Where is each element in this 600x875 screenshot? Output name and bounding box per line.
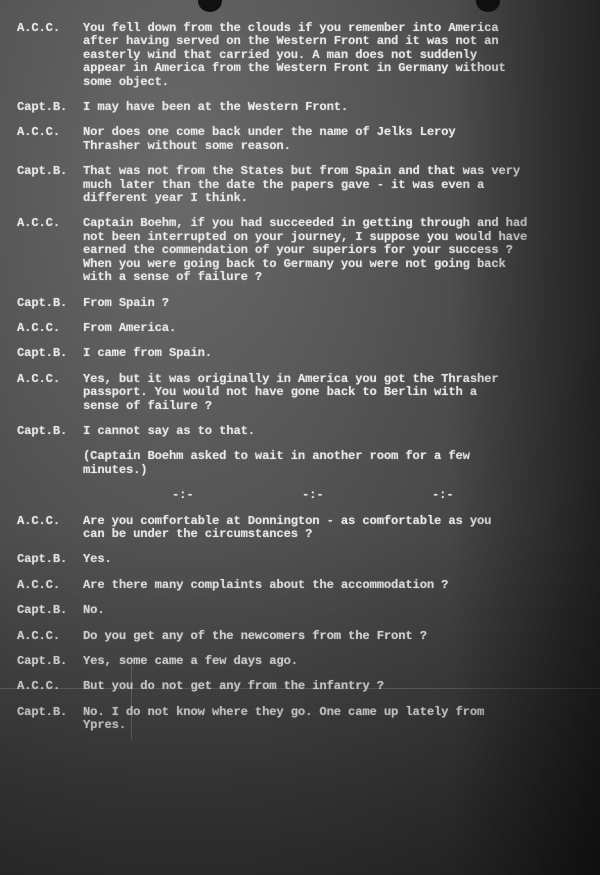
speech-text: I came from Spain. xyxy=(83,347,597,360)
punch-hole xyxy=(476,0,500,12)
separator-mark: -:- xyxy=(432,489,462,502)
speaker-label: Capt.B. xyxy=(17,604,83,617)
dialogue-entry: A.C.C.You fell down from the clouds if y… xyxy=(17,22,597,89)
speech-text: Yes, but it was originally in America yo… xyxy=(83,373,597,413)
speaker-label: Capt.B. xyxy=(17,347,83,360)
speaker-label: A.C.C. xyxy=(17,579,83,592)
speaker-label: A.C.C. xyxy=(17,22,83,89)
dialogue-entry: A.C.C.Are you comfortable at Donnington … xyxy=(17,515,597,542)
speech-text: You fell down from the clouds if you rem… xyxy=(83,22,597,89)
speaker-label: A.C.C. xyxy=(17,680,83,693)
punch-hole xyxy=(198,0,222,12)
dialogue-entry: Capt.B.No. I do not know where they go. … xyxy=(17,706,597,733)
dialogue-entry: A.C.C.From America. xyxy=(17,322,597,335)
speech-text: I may have been at the Western Front. xyxy=(83,101,597,114)
speech-text: Yes. xyxy=(83,553,597,566)
speaker-label: A.C.C. xyxy=(17,217,83,284)
speaker-label: Capt.B. xyxy=(17,165,83,205)
speaker-label: A.C.C. xyxy=(17,126,83,153)
scanned-page: A.C.C.You fell down from the clouds if y… xyxy=(0,0,600,875)
dialogue-entry: A.C.C.Are there many complaints about th… xyxy=(17,579,597,592)
speaker-label: Capt.B. xyxy=(17,101,83,114)
speech-text: But you do not get any from the infantry… xyxy=(83,680,597,693)
dialogue-entry: A.C.C.Do you get any of the newcomers fr… xyxy=(17,630,597,643)
speaker-label: A.C.C. xyxy=(17,515,83,542)
speech-text: I cannot say as to that. xyxy=(83,425,597,438)
separator-mark: -:- xyxy=(302,489,332,502)
dialogue-entry: Capt.B.I may have been at the Western Fr… xyxy=(17,101,597,114)
speech-text: Are there many complaints about the acco… xyxy=(83,579,597,592)
stage-direction: (Captain Boehm asked to wait in another … xyxy=(83,450,597,477)
speaker-label: A.C.C. xyxy=(17,630,83,643)
speaker-label: Capt.B. xyxy=(17,706,83,733)
speaker-label: Capt.B. xyxy=(17,553,83,566)
speech-text: Do you get any of the newcomers from the… xyxy=(83,630,597,643)
speech-text: No. I do not know where they go. One cam… xyxy=(83,706,597,733)
speech-text: From America. xyxy=(83,322,597,335)
dialogue-entry: Capt.B.From Spain ? xyxy=(17,297,597,310)
speaker-label: Capt.B. xyxy=(17,425,83,438)
section-separator: -:- -:- -:- xyxy=(172,489,597,502)
dialogue-entry: Capt.B.I came from Spain. xyxy=(17,347,597,360)
dialogue-entry: A.C.C.But you do not get any from the in… xyxy=(17,680,597,693)
dialogue-entry: Capt.B.Yes, some came a few days ago. xyxy=(17,655,597,668)
speech-text: No. xyxy=(83,604,597,617)
speech-text: That was not from the States but from Sp… xyxy=(83,165,597,205)
dialogue-entry: Capt.B.I cannot say as to that. xyxy=(17,425,597,438)
dialogue-entry: A.C.C.Captain Boehm, if you had succeede… xyxy=(17,217,597,284)
speaker-label: A.C.C. xyxy=(17,322,83,335)
speaker-label: Capt.B. xyxy=(17,655,83,668)
speaker-label: Capt.B. xyxy=(17,297,83,310)
speech-text: From Spain ? xyxy=(83,297,597,310)
dialogue-entry: A.C.C.Yes, but it was originally in Amer… xyxy=(17,373,597,413)
speech-text: Captain Boehm, if you had succeeded in g… xyxy=(83,217,597,284)
speech-text: Nor does one come back under the name of… xyxy=(83,126,597,153)
dialogue-entry: Capt.B.That was not from the States but … xyxy=(17,165,597,205)
dialogue-entry: A.C.C.Nor does one come back under the n… xyxy=(17,126,597,153)
transcript: A.C.C.You fell down from the clouds if y… xyxy=(17,22,597,745)
separator-mark: -:- xyxy=(172,489,202,502)
speech-text: Are you comfortable at Donnington - as c… xyxy=(83,515,597,542)
speech-text: Yes, some came a few days ago. xyxy=(83,655,597,668)
dialogue-entry: Capt.B.Yes. xyxy=(17,553,597,566)
dialogue-entry: Capt.B.No. xyxy=(17,604,597,617)
speaker-label: A.C.C. xyxy=(17,373,83,413)
